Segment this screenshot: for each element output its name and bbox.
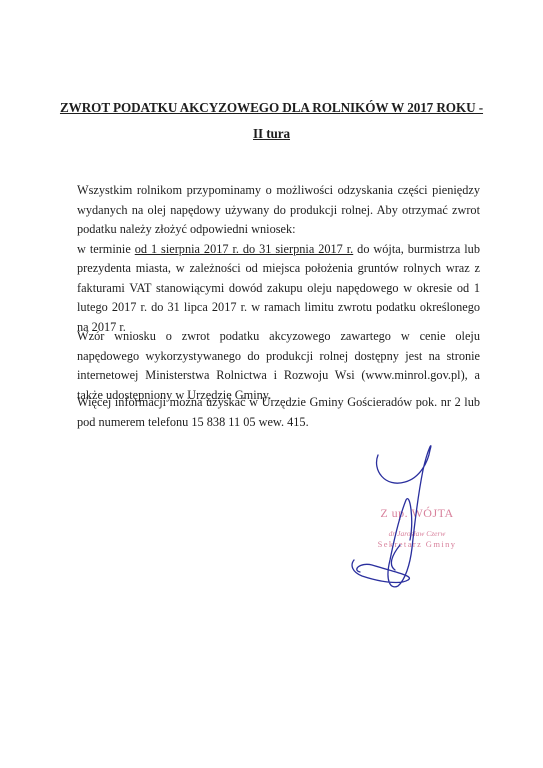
deadline-lead: w terminie — [77, 242, 135, 256]
stamp-line-3: Sekretarz Gminy — [362, 539, 472, 549]
paragraph-intro-text: Wszystkim rolnikom przypominamy o możliw… — [77, 181, 480, 240]
stamp-line-2: dr Jarosław Czerw — [362, 529, 472, 538]
stamp-line-1: Z up. WÓJTA — [362, 506, 472, 521]
document-title: ZWROT PODATKU AKCYZOWEGO DLA ROLNIKÓW W … — [0, 100, 543, 116]
paragraph-intro: Wszystkim rolnikom przypominamy o możliw… — [77, 181, 480, 337]
deadline-dates: od 1 sierpnia 2017 r. do 31 sierpnia 201… — [135, 242, 354, 256]
paragraph-contact: Więcej informacji można uzyskać w Urzędz… — [77, 393, 480, 432]
paragraph-deadline: w terminie od 1 sierpnia 2017 r. do 31 s… — [77, 240, 480, 338]
document-subtitle: II tura — [0, 126, 543, 142]
